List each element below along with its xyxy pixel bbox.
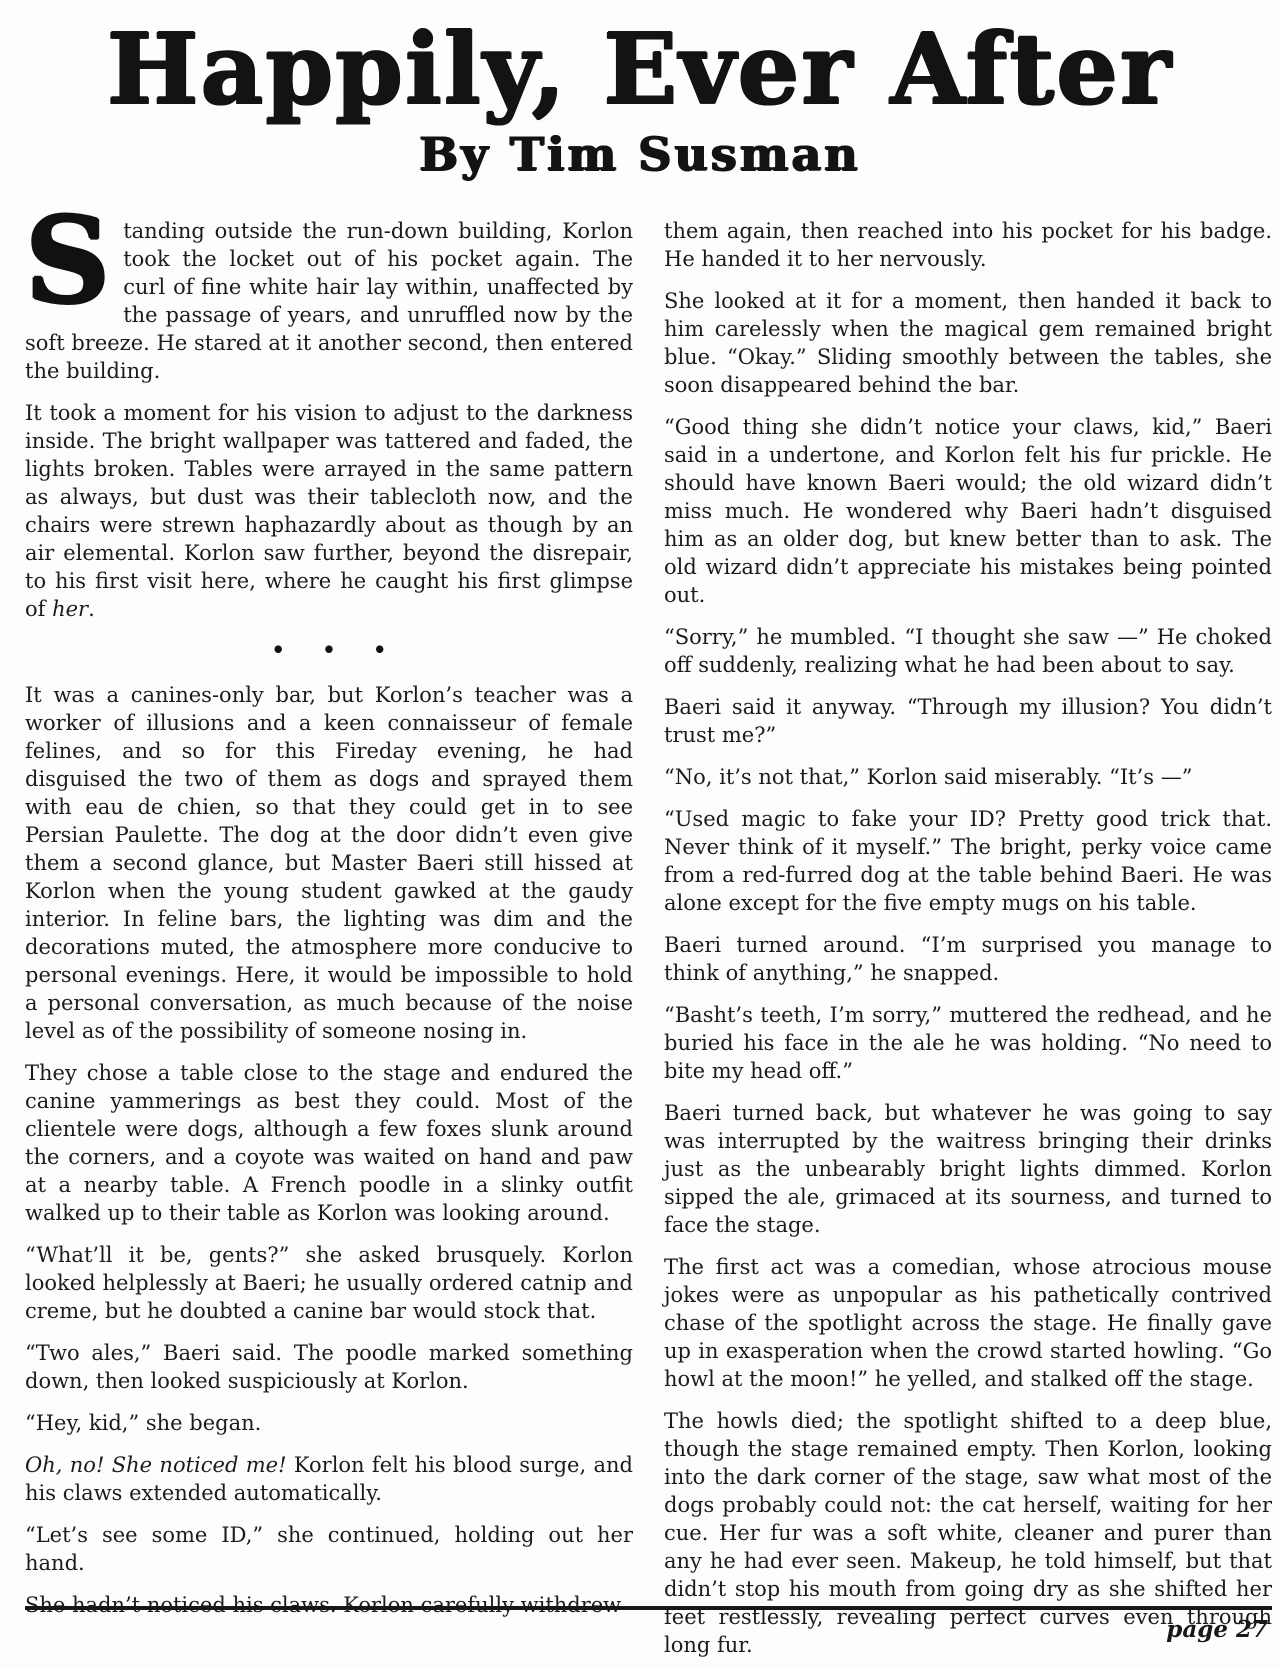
italic-text: Oh, no! She noticed me! — [25, 1453, 287, 1477]
paragraph: “What’ll it be, gents?” she asked brusqu… — [25, 1241, 633, 1325]
paragraph: “Hey, kid,” she began. — [25, 1409, 633, 1437]
paragraph: The first act was a comedian, whose atro… — [664, 1253, 1272, 1393]
byline: By Tim Susman — [0, 127, 1280, 181]
paragraph: She looked at it for a moment, then hand… — [664, 287, 1272, 399]
footer-rule — [25, 1606, 1272, 1610]
paragraph: “Good thing she didn’t notice your claws… — [664, 413, 1272, 609]
paragraph: “No, it’s not that,” Korlon said miserab… — [664, 763, 1272, 791]
paragraph: them again, then reached into his pocket… — [664, 217, 1272, 273]
paragraph: Baeri turned around. “I’m surprised you … — [664, 931, 1272, 987]
paragraph: “Two ales,” Baeri said. The poodle marke… — [25, 1339, 633, 1395]
story-page: Happily, Ever After By Tim Susman Standi… — [0, 0, 1280, 1669]
page-number: page 27 — [1166, 1616, 1268, 1643]
paragraph: Standing outside the run-down building, … — [25, 217, 633, 385]
paragraph-text: . — [88, 597, 95, 621]
page-title: Happily, Ever After — [0, 0, 1280, 121]
paragraph: It took a moment for his vision to adjus… — [25, 399, 633, 623]
right-column: them again, then reached into his pocket… — [664, 217, 1272, 1669]
drop-cap: S — [25, 220, 110, 302]
paragraph: “Basht’s teeth, I’m sorry,” muttered the… — [664, 1001, 1272, 1085]
paragraph: “Used magic to fake your ID? Pretty good… — [664, 805, 1272, 917]
paragraph: “Let’s see some ID,” she continued, hold… — [25, 1521, 633, 1577]
paragraph: It was a canines-only bar, but Korlon’s … — [25, 681, 633, 1045]
paragraph: “Sorry,” he mumbled. “I thought she saw … — [664, 623, 1272, 679]
paragraph: She hadn’t noticed his claws. Korlon car… — [25, 1591, 633, 1619]
section-separator: • • • — [25, 637, 633, 663]
story-columns: Standing outside the run-down building, … — [0, 181, 1280, 1669]
italic-text: her — [52, 597, 88, 621]
paragraph-text: tanding outside the run-down building, K… — [25, 219, 633, 383]
paragraph: They chose a table close to the stage an… — [25, 1059, 633, 1227]
paragraph: Baeri said it anyway. “Through my illusi… — [664, 693, 1272, 749]
paragraph: Baeri turned back, but whatever he was g… — [664, 1099, 1272, 1239]
paragraph: Oh, no! She noticed me! Korlon felt his … — [25, 1451, 633, 1507]
left-column: Standing outside the run-down building, … — [25, 217, 633, 1669]
paragraph-text: It took a moment for his vision to adjus… — [25, 401, 633, 621]
